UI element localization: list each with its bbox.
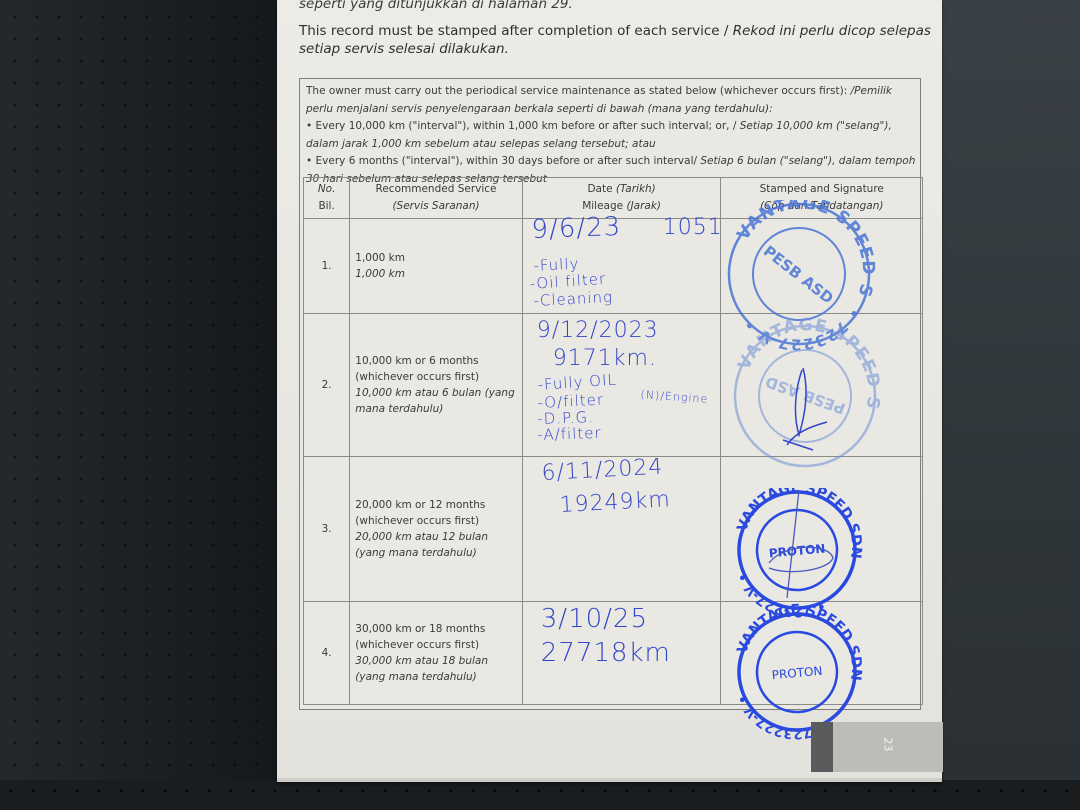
row-number: 2. [304,314,350,457]
car-seat-background-right [940,0,1080,810]
handwritten-date: 9/6/23 [531,212,622,245]
header-date-mileage: Date (Tarikh) Mileage (Jarak) [522,178,721,219]
header-no: No. Bil. [304,178,350,219]
row-number: 3. [304,457,350,602]
recommended-service: 30,000 km or 18 months (whichever occurs… [350,602,522,705]
handwritten-mileage: 1051 [663,215,723,240]
note-bullet1-en: • Every 10,000 km ("interval"), within 1… [306,120,740,132]
row-number: 4. [304,602,350,705]
handwritten-date: 3/10/25 [541,604,648,634]
car-seat-background-bottom [0,780,1080,810]
intro-text: seperti yang ditunjukkan di halaman 29. [299,0,573,12]
date-mileage-cell: 9/12/2023 9171km. -Fully OIL -O/filter -… [522,314,721,457]
note-bullet2-en: • Every 6 months ("interval"), within 30… [306,155,700,167]
recommended-service: 10,000 km or 6 months (whichever occurs … [350,314,522,457]
header-recommended-service: Recommended Service (Servis Saranan) [350,178,522,219]
maintenance-note: The owner must carry out the periodical … [306,83,916,188]
handwritten-mileage: 9171km. [553,346,657,371]
recommended-service: 20,000 km or 12 months (whichever occurs… [350,457,522,602]
handwritten-mileage: 19249km [559,487,671,518]
handwritten-mileage: 27718km [541,638,671,668]
svg-text:PROTON: PROTON [768,542,826,561]
stamp-notice-en: This record must be stamped after comple… [299,23,733,39]
svg-text:PROTON: PROTON [771,664,823,682]
stamp-layer-upper: VANTAGE SPEED SDN BHD • 723227-V • PESB … [717,200,887,470]
company-stamp-2: VANTAGE SPEED SDN BHD PESB ASD [717,293,887,470]
handwritten-note: -Cleaning [533,288,614,310]
handwritten-side-note: (N)/Engine [640,388,709,406]
stamp-notice: This record must be stamped after comple… [299,22,939,58]
svg-text:VANTAGE SPEED SDN BHD: VANTAGE SPEED SDN BHD [721,200,887,307]
svg-text:VANTAGE SPEED SDN BHD: VANTAGE SPEED SDN BHD [717,293,887,470]
handwritten-note: -Fully OIL [537,370,617,393]
row-number: 1. [304,219,350,314]
note-line1-en: The owner must carry out the periodical … [306,85,851,97]
handwritten-date: 6/11/2024 [541,455,664,486]
handwritten-date: 9/12/2023 [537,318,659,343]
car-seat-background-left [0,0,285,810]
page-number: 23 [882,738,895,752]
date-mileage-cell: 3/10/25 27718km [522,602,721,705]
recommended-service: 1,000 km 1,000 km [350,219,522,314]
svg-text:PESB ASD: PESB ASD [760,242,837,308]
date-mileage-cell: 9/6/23 1051 -Fully -Oil filter -Cleaning [522,219,721,314]
handwritten-note: -A/filter [537,424,602,444]
footer-tab-dark [811,722,833,772]
date-mileage-cell: 6/11/2024 19249km [522,457,721,602]
service-record-page: seperti yang ditunjukkan di halaman 29. … [277,0,942,782]
